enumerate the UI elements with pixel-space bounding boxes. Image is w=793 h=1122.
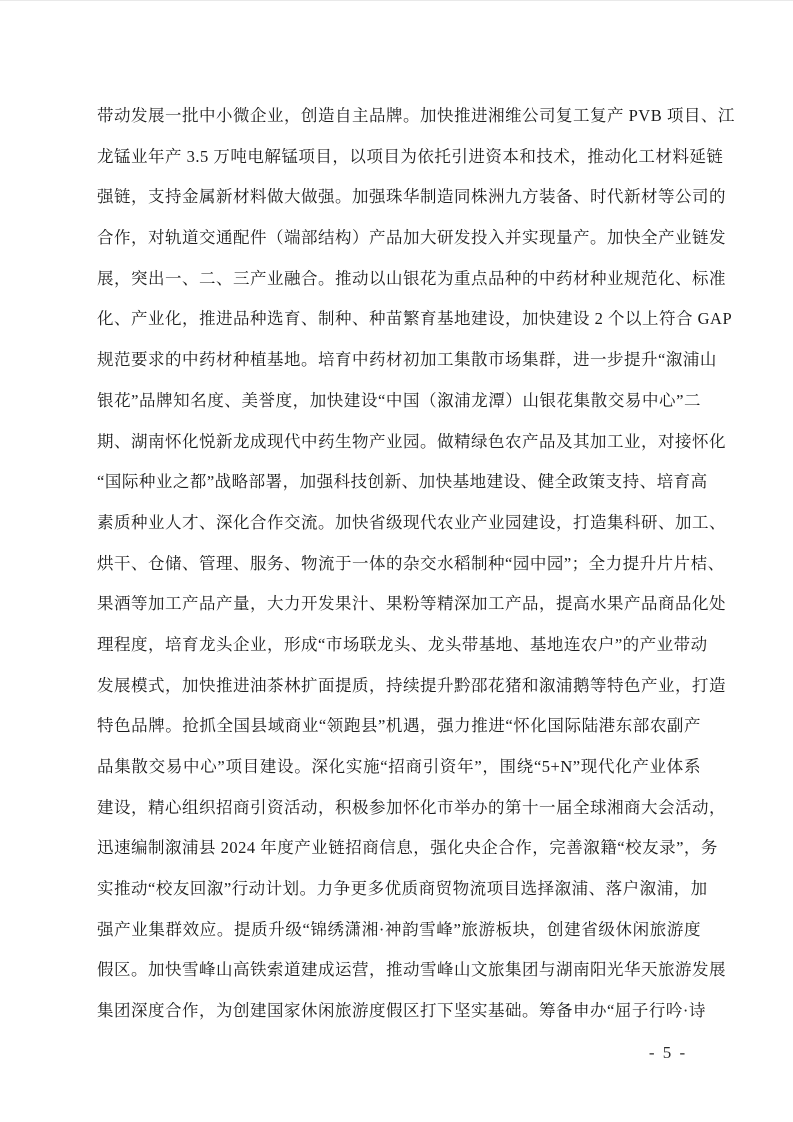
text-line: 带动发展一批中小微企业，创造自主品牌。加快推进湘维公司复工复产 PVB 项目、江 <box>97 96 701 137</box>
text-line: 品集散交易中心”项目建设。深化实施“招商引资年”，围绕“5+N”现代化产业体系 <box>97 747 701 788</box>
text-line: “国际种业之都”战略部署，加强科技创新、加快基地建设、健全政策支持、培育高 <box>97 462 701 503</box>
text-line: 理程度，培育龙头企业，形成“市场联龙头、龙头带基地、基地连农户”的产业带动 <box>97 625 701 666</box>
text-line: 特色品牌。抢抓全国县域商业“领跑县”机遇，强力推进“怀化国际陆港东部农副产 <box>97 706 701 747</box>
text-line: 强产业集群效应。提质升级“锦绣潇湘·神韵雪峰”旅游板块，创建省级休闲旅游度 <box>97 910 701 951</box>
text-line: 建设，精心组织招商引资活动，积极参加怀化市举办的第十一届全球湘商大会活动， <box>97 788 701 829</box>
text-line: 龙锰业年产 3.5 万吨电解锰项目，以项目为依托引进资本和技术，推动化工材料延链 <box>97 137 701 178</box>
text-line: 展，突出一、二、三产业融合。推动以山银花为重点品种的中药材种业规范化、标准 <box>97 259 701 300</box>
text-line: 期、湖南怀化悦新龙成现代中药生物产业园。做精绿色农产品及其加工业，对接怀化 <box>97 422 701 463</box>
text-line: 迅速编制溆浦县 2024 年度产业链招商信息，强化央企合作，完善溆籍“校友录”，… <box>97 828 701 869</box>
text-line: 强链，支持金属新材料做大做强。加强珠华制造同株洲九方装备、时代新材等公司的 <box>97 177 701 218</box>
document-page: 带动发展一批中小微企业，创造自主品牌。加快推进湘维公司复工复产 PVB 项目、江… <box>0 1 793 1122</box>
text-line: 化、产业化，推进品种选育、制种、种苗繁育基地建设，加快建设 2 个以上符合 GA… <box>97 299 701 340</box>
text-line: 合作，对轨道交通配件（端部结构）产品加大研发投入并实现量产。加快全产业链发 <box>97 218 701 259</box>
text-line: 果酒等加工产品产量，大力开发果汁、果粉等精深加工产品，提高水果产品商品化处 <box>97 584 701 625</box>
text-line: 集团深度合作，为创建国家休闲旅游度假区打下坚实基础。筹备申办“屈子行吟·诗 <box>97 991 701 1032</box>
text-line: 银花”品牌知名度、美誉度，加快建设“中国（溆浦龙潭）山银花集散交易中心”二 <box>97 381 701 422</box>
text-line: 规范要求的中药材种植基地。培育中药材初加工集散市场集群，进一步提升“溆浦山 <box>97 340 701 381</box>
text-line: 发展模式，加快推进油茶林扩面提质，持续提升黔邵花猪和溆浦鹅等特色产业，打造 <box>97 666 701 707</box>
body-text: 带动发展一批中小微企业，创造自主品牌。加快推进湘维公司复工复产 PVB 项目、江… <box>97 96 701 1032</box>
text-line: 实推动“校友回溆”行动计划。力争更多优质商贸物流项目选择溆浦、落户溆浦，加 <box>97 869 701 910</box>
text-line: 假区。加快雪峰山高铁索道建成运营，推动雪峰山文旅集团与湖南阳光华天旅游发展 <box>97 950 701 991</box>
text-line: 素质种业人才、深化合作交流。加快省级现代农业产业园建设，打造集科研、加工、 <box>97 503 701 544</box>
text-line: 烘干、仓储、管理、服务、物流于一体的杂交水稻制种“园中园”；全力提升片片桔、 <box>97 544 701 585</box>
page-number: - 5 - <box>638 1041 698 1065</box>
